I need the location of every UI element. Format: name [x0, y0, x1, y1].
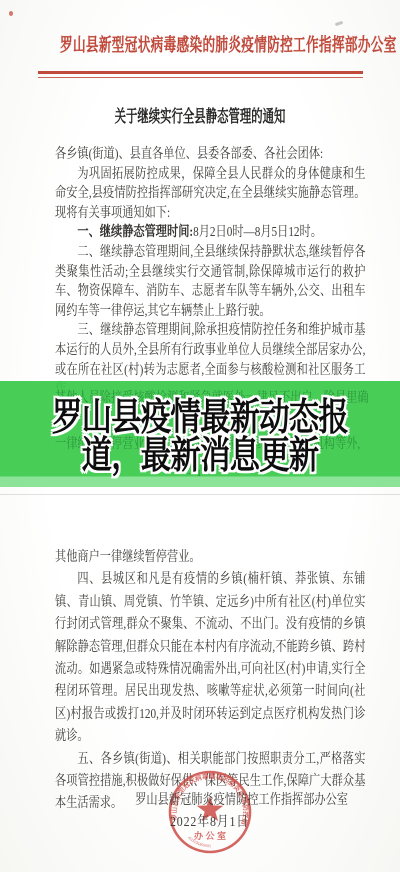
photo-artifact-mark	[335, 21, 344, 26]
document-paragraph: 二、继续静态管理期间,全县继续保持静默状态,继续暂停各类聚集性活动;全县继续实行…	[55, 243, 365, 321]
screenshot-root: 罗山县新型冠状病毒感染的肺炎疫情防控工作指挥部办公室 关于继续实行全县静态管理的…	[0, 0, 400, 872]
letterhead-rule-thick	[38, 71, 363, 74]
page-break-divider	[0, 494, 400, 495]
banner-headline-line1: 罗山县疫情最新动态报	[40, 398, 360, 438]
document-paragraph: 四、县城区和凡是有疫情的乡镇(楠杆镇、莽张镇、东铺镇、青山镇、周党镇、竹竿镇、定…	[55, 569, 365, 748]
seal-center-text: 办 公 室	[194, 830, 226, 841]
document-issuer-header: 罗山县新型冠状病毒感染的肺炎疫情防控工作指挥部办公室	[60, 31, 340, 57]
document-salutation: 各乡镇(街道)、县直各单位、县委各部委、各社会团体:	[55, 145, 365, 165]
page1-paragraphs: 为巩固拓展防控成果，保障全县人民群众的身体健康和生命安全,县疫情防控指挥部研究决…	[55, 165, 365, 400]
document-paragraph: 为巩固拓展防控成果，保障全县人民群众的身体健康和生命安全,县疫情防控指挥部研究决…	[55, 165, 365, 224]
document-date: 2022年8月1日	[170, 811, 249, 831]
photo-artifact-dot	[9, 11, 13, 16]
banner-headline-line2: 道，最新消息更新	[40, 436, 360, 476]
document-title: 关于继续实行全县静态管理的通知	[66, 102, 334, 127]
document-paragraph: 其他商户一律继续暂停营业。	[55, 547, 365, 569]
document-page1-body: 各乡镇(街道)、县直各单位、县委各部委、各社会团体: 为巩固拓展防控成果，保障全…	[55, 145, 365, 400]
paragraph-bold-lead: 一、继续静态管理时间:	[77, 225, 193, 240]
signature-line: 罗山县新冠肺炎疫情防控工作指挥部办公室	[135, 789, 348, 809]
document-paragraph: 一、继续静态管理时间:8月2日0时—8月5日12时。	[55, 223, 365, 243]
letterhead-rule-thin	[38, 77, 363, 78]
